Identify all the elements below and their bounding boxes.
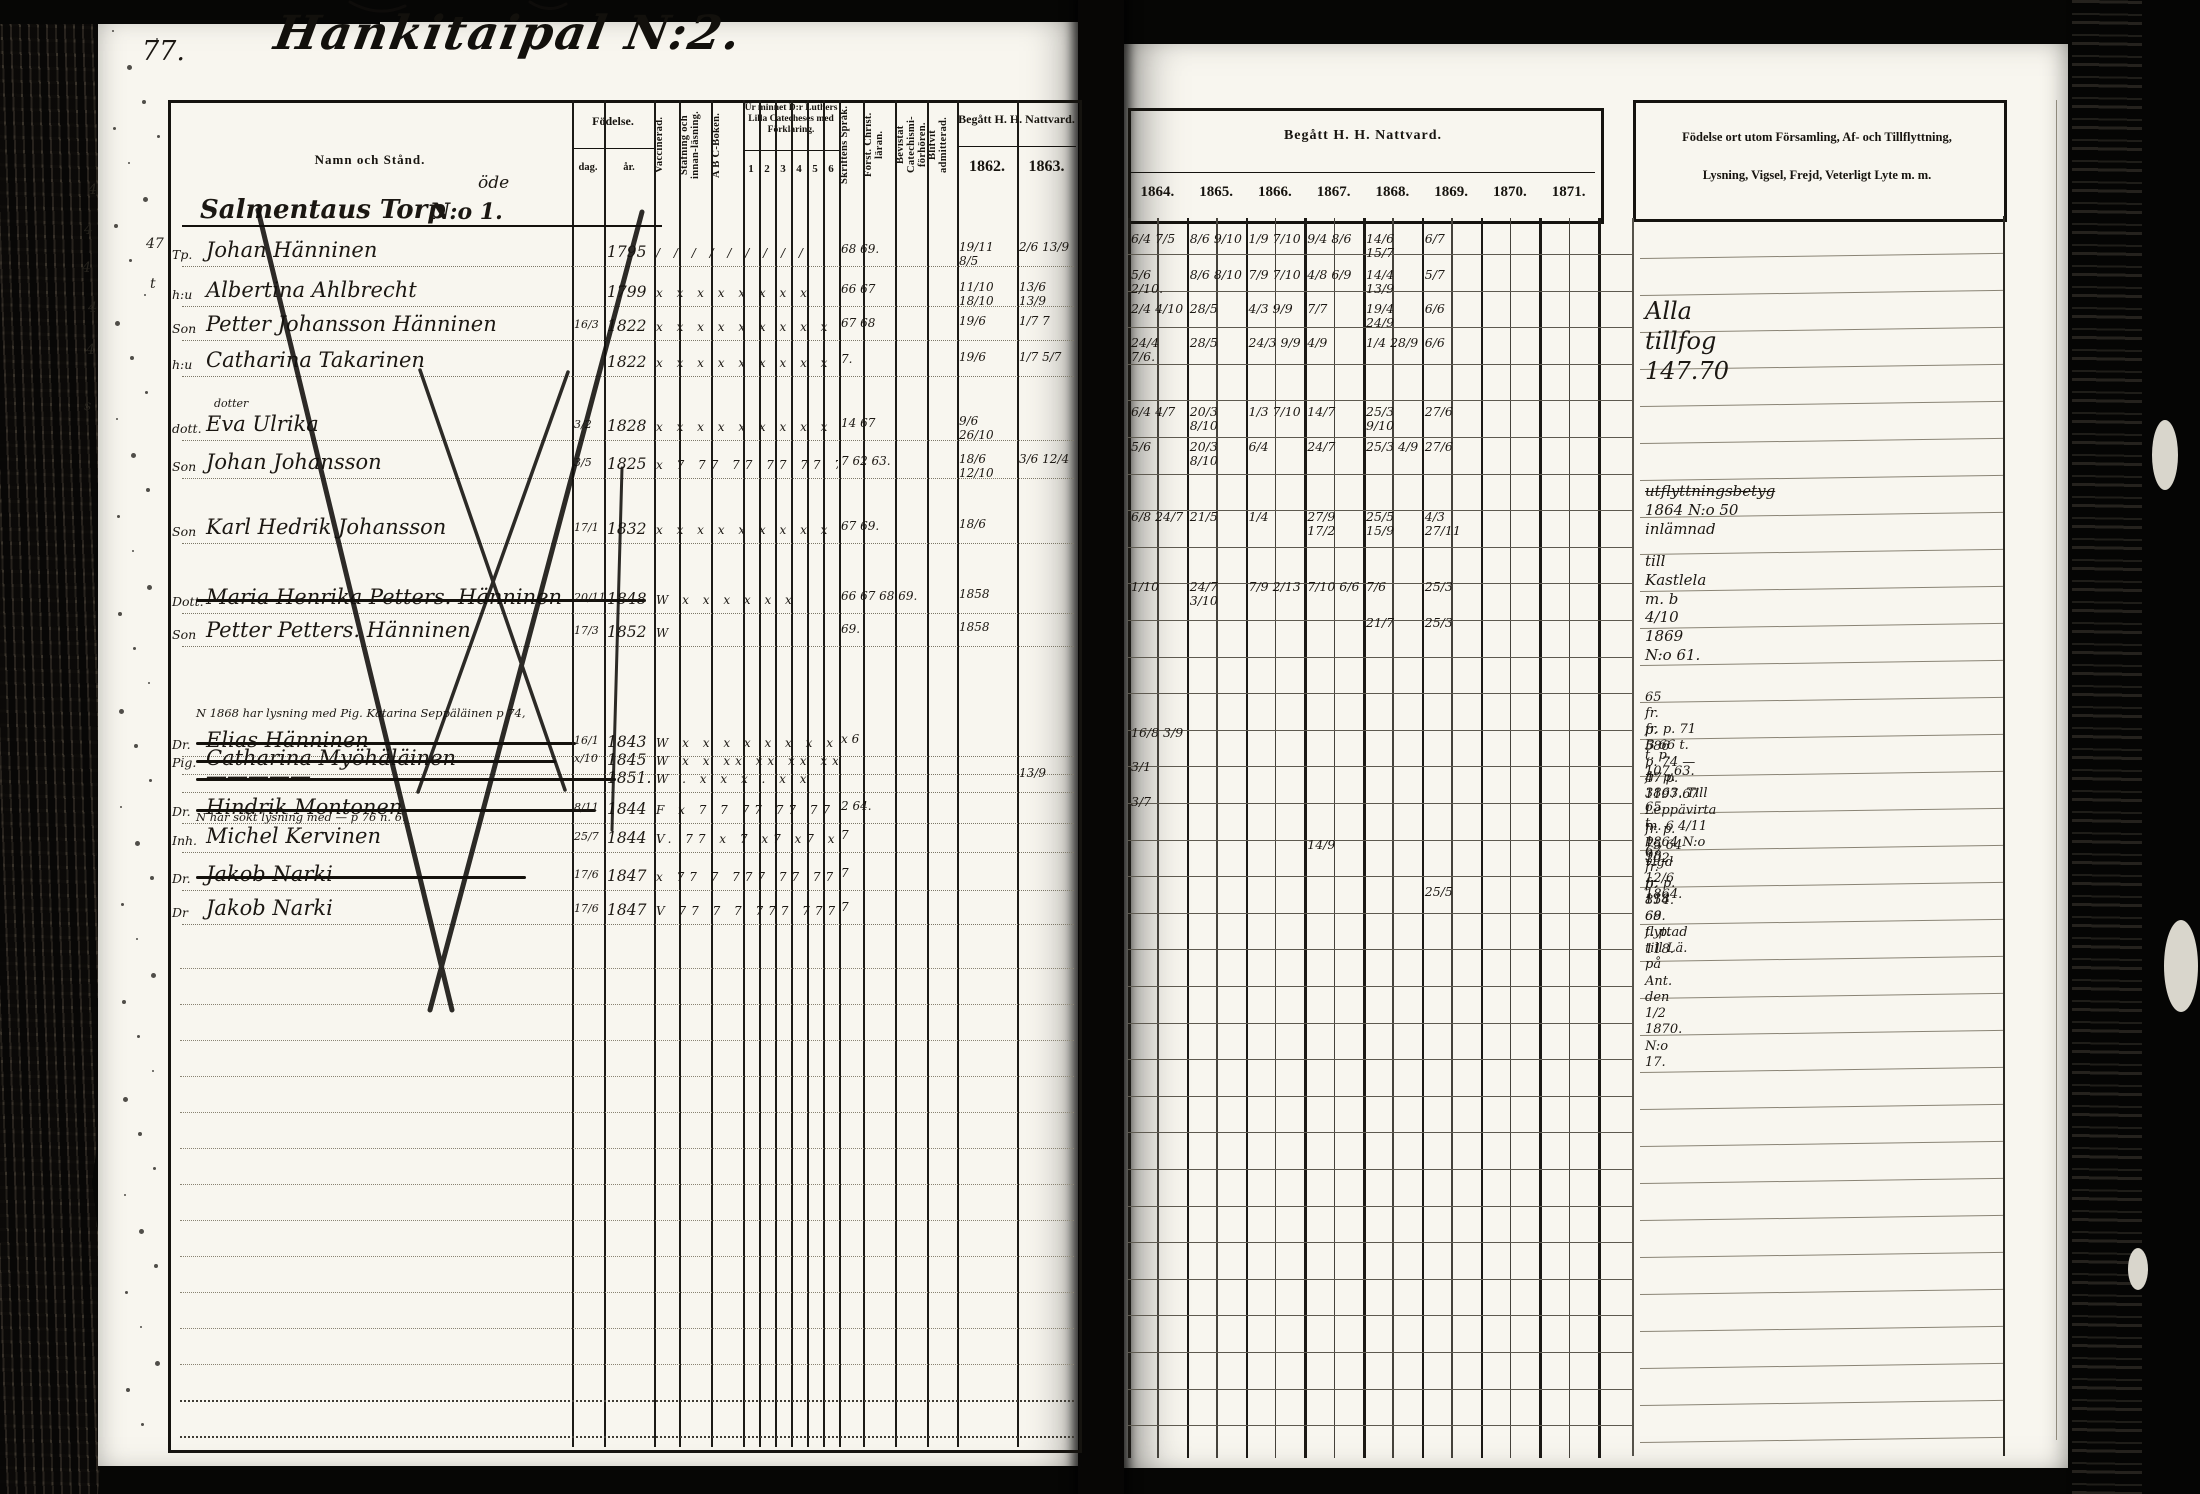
scanned-register-page: 77. Hankitaipal N:2. Namn och Stånd. Föd… (0, 0, 2200, 1494)
ink-crossout-strokes (0, 0, 2200, 1494)
